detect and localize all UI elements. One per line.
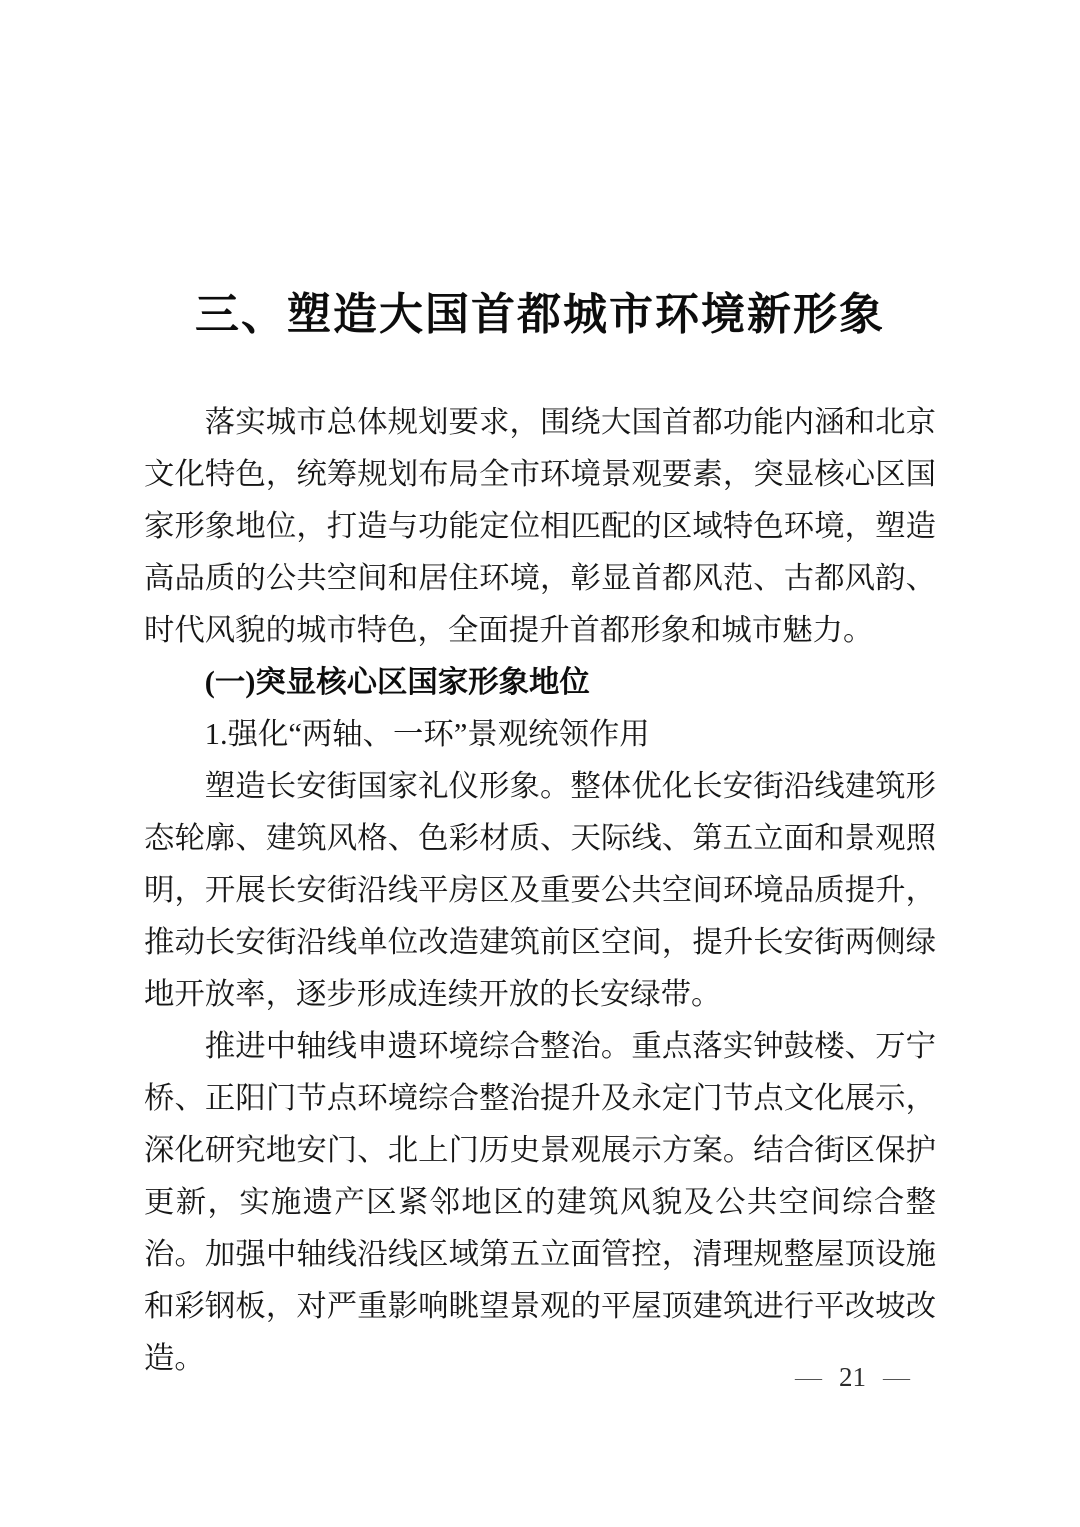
paragraph-changan-street: 塑造长安街国家礼仪形象。整体优化长安街沿线建筑形态轮廓、建筑风格、色彩材质、天际… <box>144 760 936 1020</box>
paragraph-intro: 落实城市总体规划要求，围绕大国首都功能内涵和北京文化特色，统筹规划布局全市环境景… <box>144 396 936 656</box>
footer-dash-left: — <box>795 1365 822 1390</box>
document-body: 落实城市总体规划要求，围绕大国首都功能内涵和北京文化特色，统筹规划布局全市环境景… <box>144 396 936 1384</box>
page-number: 21 <box>839 1362 866 1393</box>
page-number-footer: — 21 — <box>795 1362 910 1393</box>
footer-dash-right: — <box>883 1365 910 1390</box>
sub-section-heading: 1.强化“两轴、一环”景观统领作用 <box>144 708 936 760</box>
document-page: 三、塑造大国首都城市环境新形象 落实城市总体规划要求，围绕大国首都功能内涵和北京… <box>0 0 1080 1527</box>
paragraph-central-axis: 推进中轴线申遗环境综合整治。重点落实钟鼓楼、万宁桥、正阳门节点环境综合整治提升及… <box>144 1020 936 1384</box>
section-heading: (一)突显核心区国家形象地位 <box>144 656 936 708</box>
page-title: 三、塑造大国首都城市环境新形象 <box>0 278 1080 342</box>
